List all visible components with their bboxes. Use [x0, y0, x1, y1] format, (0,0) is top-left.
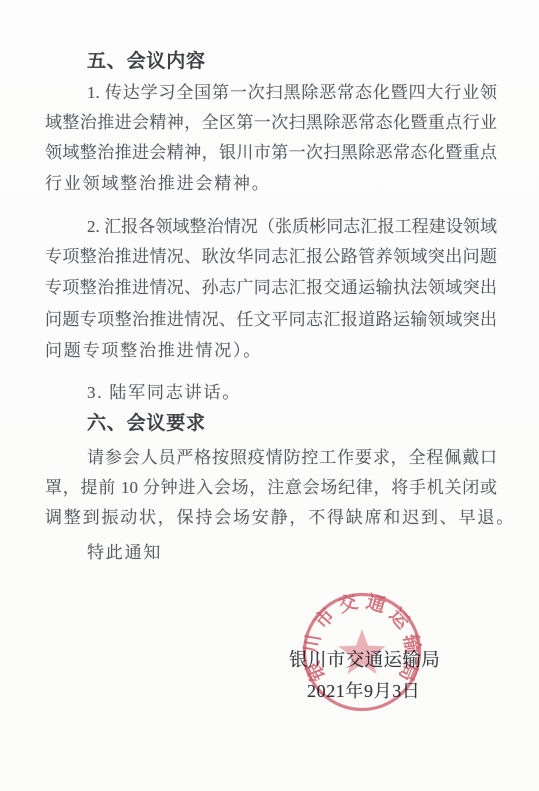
paragraph-4-line: 调整到振动状，保持会场安静，不得缺席和迟到、早退。 — [45, 503, 515, 528]
paragraph-1-line: 1. 传达学习全国第一次扫黑除恶常态化暨四大行业领 — [87, 78, 497, 104]
section-5-heading: 五、会议内容 — [87, 46, 206, 73]
paragraph-2-line: 专项整治推进情况、孙志广同志汇报交通运输执法领域突出 — [45, 273, 497, 299]
paragraph-1-line: 领域整治推进会精神，银川市第一次扫黑除恶常态化暨重点 — [45, 138, 497, 164]
section-6-heading: 六、会议要求 — [87, 408, 206, 435]
paragraph-2-line: 2. 汇报各领域整治情况（张质彬同志汇报工程建设领域 — [87, 212, 497, 238]
paragraph-2-line: 问题专项整治推进情况）。 — [45, 336, 262, 361]
paragraph-2-line: 专项整治推进情况、耿汝华同志汇报公路管养领域突出问题 — [45, 242, 497, 268]
paragraph-2-line: 问题专项整治推进情况、任文平同志汇报道路运输领域突出 — [45, 305, 497, 331]
closing-line: 特此通知 — [87, 538, 162, 563]
paragraph-4-line: 罩，提前 10 分钟进入会场，注意会场纪律，将手机关闭或 — [45, 473, 497, 499]
paragraph-1-line: 行业领域整治推进会精神。 — [45, 169, 271, 194]
paragraph-3-line: 3. 陆军同志讲话。 — [87, 378, 241, 403]
notice-document: 五、会议内容 1. 传达学习全国第一次扫黑除恶常态化暨四大行业领 域整治推进会精… — [0, 0, 539, 791]
signature-date: 2021年9月3日 — [307, 677, 420, 703]
paragraph-1-line: 域整治推进会精神，全区第一次扫黑除恶常态化暨重点行业 — [45, 108, 497, 134]
signature-organization: 银川市交通运输局 — [289, 646, 440, 672]
paragraph-4-line: 请参会人员严格按照疫情防控工作要求，全程佩戴口 — [87, 443, 497, 469]
